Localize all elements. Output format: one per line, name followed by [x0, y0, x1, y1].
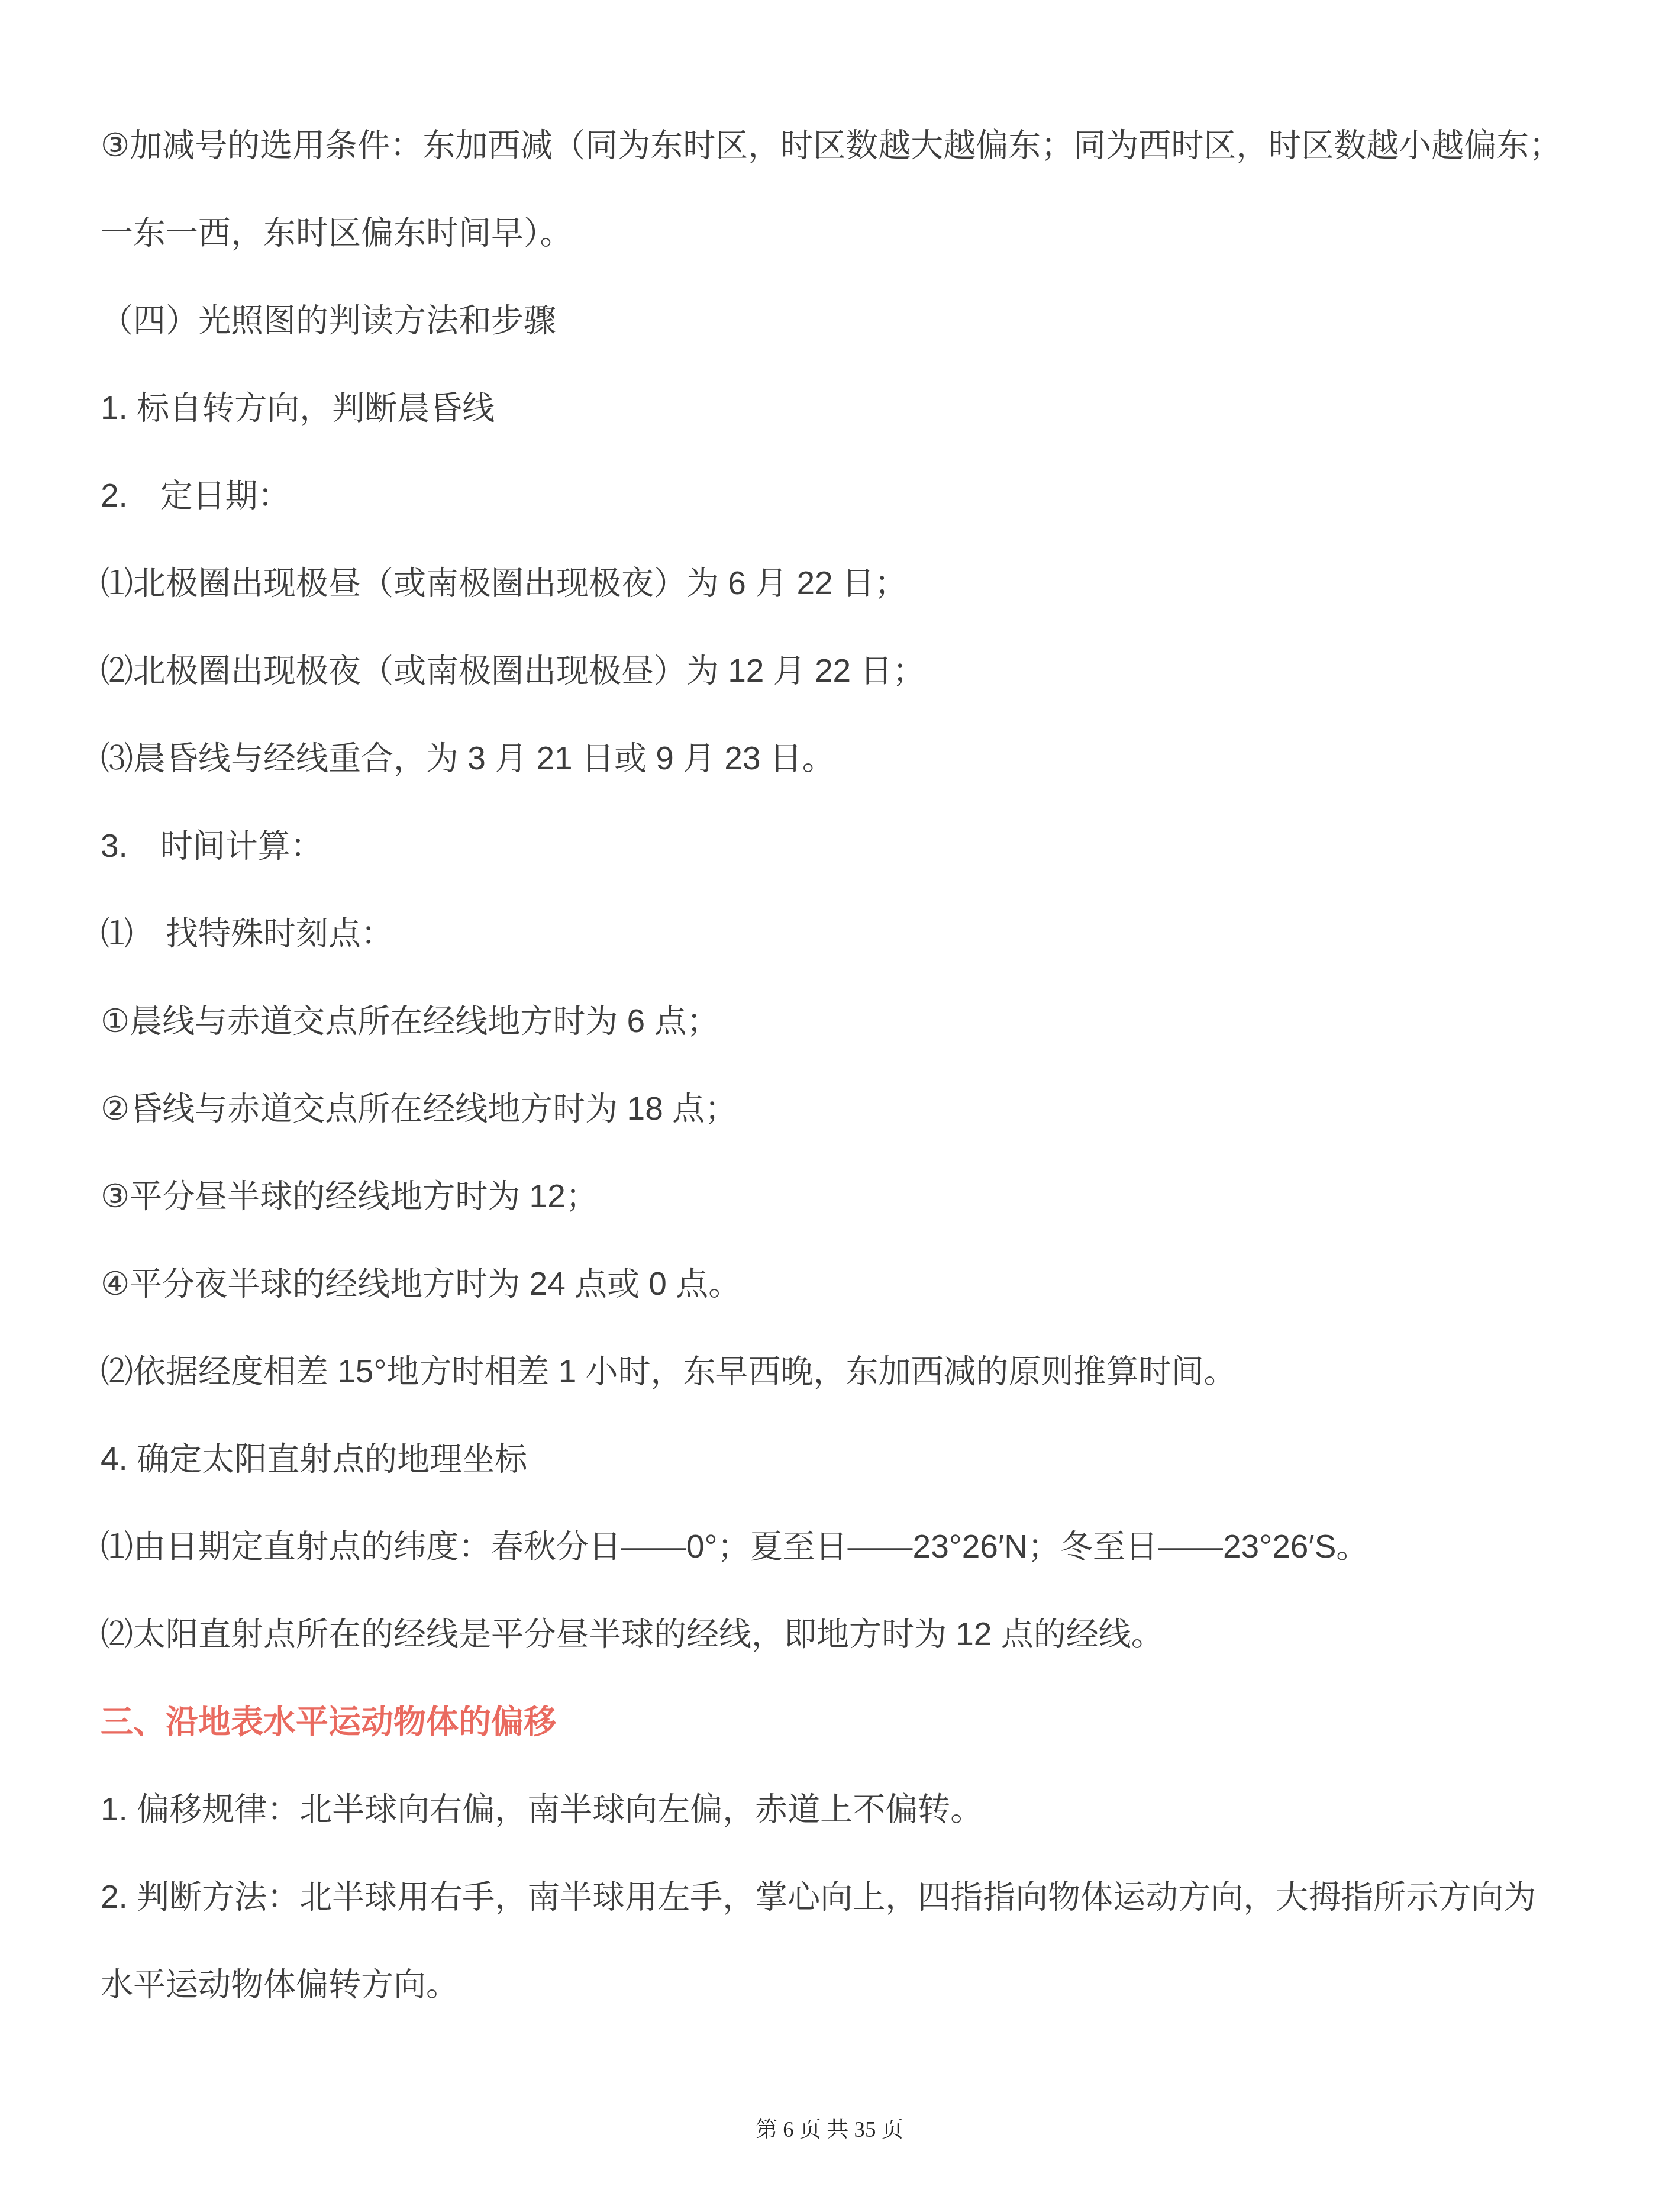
text-line: ⑴北极圈出现极昼（或南极圈出现极夜）为 6 月 22 日； [101, 539, 1558, 627]
text-line: ④平分夜半球的经线地方时为 24 点或 0 点。 [101, 1240, 1558, 1327]
text-line: ①晨线与赤道交点所在经线地方时为 6 点； [101, 977, 1558, 1065]
text-line: ②昏线与赤道交点所在经线地方时为 18 点； [101, 1065, 1558, 1152]
text-line: ③平分昼半球的经线地方时为 12； [101, 1152, 1558, 1240]
text-line: ⑵太阳直射点所在的经线是平分昼半球的经线，即地方时为 12 点的经线。 [101, 1590, 1558, 1678]
section-heading: 三、沿地表水平运动物体的偏移 [101, 1678, 1558, 1765]
text-line: 一东一西，东时区偏东时间早）。 [101, 189, 1558, 276]
text-line: 2. 判断方法：北半球用右手，南半球用左手，掌心向上，四指指向物体运动方向，大拇… [101, 1853, 1558, 1940]
text-line: 3. 时间计算： [101, 802, 1558, 889]
text-line: 1. 偏移规律：北半球向右偏，南半球向左偏，赤道上不偏转。 [101, 1765, 1558, 1853]
page-number-text: 第 6 页 共 35 页 [756, 2118, 903, 2142]
text-line: （四）光照图的判读方法和步骤 [101, 276, 1558, 364]
text-line: ⑶晨昏线与经线重合，为 3 月 21 日或 9 月 23 日。 [101, 714, 1558, 802]
page-footer: 第 6 页 共 35 页 [0, 2111, 1659, 2149]
text-line: ⑵依据经度相差 15°地方时相差 1 小时，东早西晚，东加西减的原则推算时间。 [101, 1327, 1558, 1415]
text-line: ③加减号的选用条件：东加西减（同为东时区，时区数越大越偏东；同为西时区，时区数越… [101, 101, 1558, 189]
text-line: ⑴ 找特殊时刻点： [101, 889, 1558, 977]
document-page: ③加减号的选用条件：东加西减（同为东时区，时区数越大越偏东；同为西时区，时区数越… [0, 0, 1659, 2212]
text-line: 2. 定日期： [101, 452, 1558, 539]
text-line: 水平运动物体偏转方向。 [101, 1940, 1558, 2028]
text-line: ⑴由日期定直射点的纬度：春秋分日——0°；夏至日——23°26′N；冬至日——2… [101, 1502, 1558, 1590]
document-body: ③加减号的选用条件：东加西减（同为东时区，时区数越大越偏东；同为西时区，时区数越… [101, 101, 1558, 2028]
text-line: ⑵北极圈出现极夜（或南极圈出现极昼）为 12 月 22 日； [101, 627, 1558, 714]
text-line: 4. 确定太阳直射点的地理坐标 [101, 1415, 1558, 1502]
text-line: 1. 标自转方向，判断晨昏线 [101, 364, 1558, 452]
